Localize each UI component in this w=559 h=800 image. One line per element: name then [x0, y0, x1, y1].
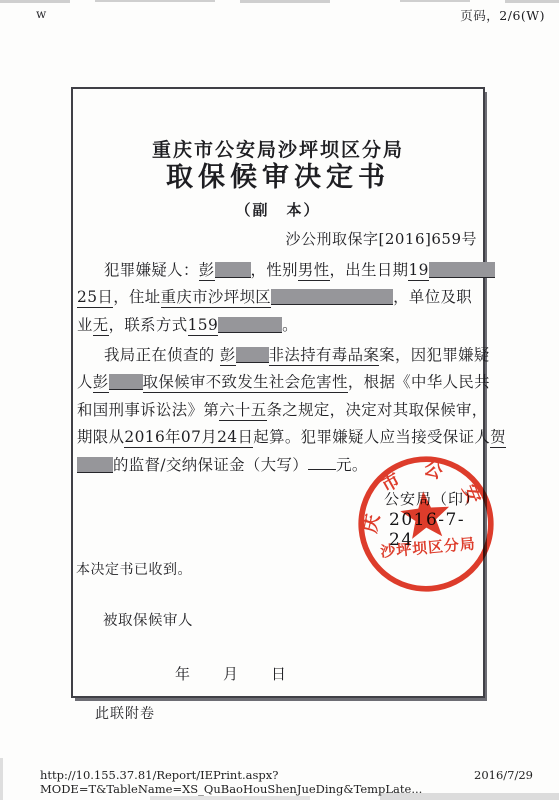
- received-acknowledgement: 本决定书已收到。: [76, 559, 192, 579]
- filled-field-text: 彭: [199, 261, 215, 281]
- filled-field-text: 25日: [77, 288, 113, 308]
- form-text: ，单位及职: [393, 288, 472, 306]
- suspect-info-paragraph: 犯罪嫌疑人：彭，性别男性，出生日期1925日，住址重庆市沙坪坝区，单位及职业无，…: [77, 257, 483, 339]
- filled-field-text: 无: [93, 316, 109, 336]
- form-text: 。: [282, 316, 298, 334]
- redaction-box: [215, 262, 251, 278]
- document-text-line: 业无，联系方式159。: [77, 312, 483, 339]
- document-title: 取保候审决定书: [73, 155, 483, 194]
- form-text: ，出生日期: [330, 261, 409, 279]
- document-text-line: 我局正在侦查的 彭非法持有毒品案案，因犯罪嫌疑: [77, 342, 483, 369]
- page-number-label: 页码，2/6(W): [460, 6, 545, 24]
- header-corner-mark: w: [36, 7, 46, 21]
- form-text: 条之规定，决定对其取保候审，: [267, 401, 488, 419]
- redaction-box: [77, 457, 113, 473]
- form-text: ，联系方式: [109, 316, 188, 334]
- signature-date-line: 年 月 日: [175, 663, 287, 684]
- filled-field-text: 19: [408, 261, 428, 281]
- filled-field-text: 159: [188, 316, 219, 336]
- filled-field-text: 六十五: [219, 401, 266, 421]
- scan-artifact: [95, 0, 215, 2]
- scan-artifact: [240, 0, 330, 3]
- scan-artifact: [0, 758, 3, 800]
- filled-field-text: 贺: [490, 428, 506, 448]
- redaction-box: [218, 317, 282, 333]
- form-text: 和国刑事诉讼法》第: [77, 401, 219, 419]
- redaction-box: [236, 347, 269, 363]
- scan-artifact: [505, 0, 559, 3]
- form-text: 案，因犯罪嫌疑: [379, 346, 490, 364]
- document-frame: 重庆市公安局沙坪坝区分局 取保候审决定书 （副 本） 沙公刑取保字[2016]6…: [71, 87, 485, 698]
- filled-field-text: 重庆市沙坪坝区: [161, 288, 272, 308]
- redaction-box: [429, 262, 495, 278]
- scan-artifact: [400, 0, 470, 2]
- filled-field-text: 2016年07月24日: [124, 428, 253, 448]
- document-text-line: 人彭取保候审不致发生社会危害性，根据《中华人民共: [77, 369, 483, 396]
- form-text: 人: [77, 373, 93, 391]
- scan-artifact: [0, 0, 70, 3]
- form-text: ，性别: [251, 261, 298, 279]
- document-number: 沙公刑取保字[2016]659号: [285, 228, 477, 249]
- form-text: 业: [77, 316, 93, 334]
- filled-field-text: 取保候审不致发生社会危害性: [143, 373, 348, 393]
- document-text-line: 犯罪嫌疑人：彭，性别男性，出生日期19: [77, 257, 483, 284]
- document-subtitle: （副 本）: [73, 199, 483, 220]
- official-seal-stamp: 重庆市公安局 沙坪坝区分局: [348, 446, 504, 602]
- form-text: 犯罪嫌疑人：: [104, 261, 199, 279]
- file-copy-note: 此联附卷: [95, 703, 155, 723]
- redaction-box: [109, 374, 143, 390]
- recipient-signature-label: 被取保候审人: [103, 609, 193, 630]
- blank-underline: [308, 455, 336, 470]
- filled-field-text: 彭: [220, 346, 236, 366]
- document-text-line: 25日，住址重庆市沙坪坝区，单位及职: [77, 284, 483, 311]
- document-text-line: 和国刑事诉讼法》第六十五条之规定，决定对其取保候审，: [77, 397, 483, 424]
- form-text: ，根据《中华人民共: [348, 373, 490, 391]
- form-text: ，住址: [113, 288, 160, 306]
- print-date: 2016/7/29: [474, 768, 533, 782]
- print-source-url: http://10.155.37.81/Report/IEPrint.aspx?…: [40, 768, 474, 796]
- print-footer: http://10.155.37.81/Report/IEPrint.aspx?…: [40, 768, 533, 796]
- stamp-branch-text: 沙坪坝区分局: [380, 535, 477, 561]
- filled-field-text: 非法持有毒品案: [269, 346, 380, 366]
- filled-field-text: 彭: [93, 373, 109, 393]
- stamp-star-icon: [399, 489, 452, 540]
- filled-field-text: 男性: [298, 261, 330, 281]
- form-text: 起算。犯罪嫌疑人应当接受保证人: [253, 428, 490, 446]
- redaction-box: [271, 289, 393, 305]
- form-text: 期限从: [77, 428, 124, 446]
- document-text-line: 期限从2016年07月24日起算。犯罪嫌疑人应当接受保证人贺: [77, 424, 483, 451]
- form-text: 的监督/交纳保证金（大写）: [113, 456, 308, 474]
- scan-artifact: [150, 796, 310, 800]
- form-text: 我局正在侦查的: [104, 346, 220, 364]
